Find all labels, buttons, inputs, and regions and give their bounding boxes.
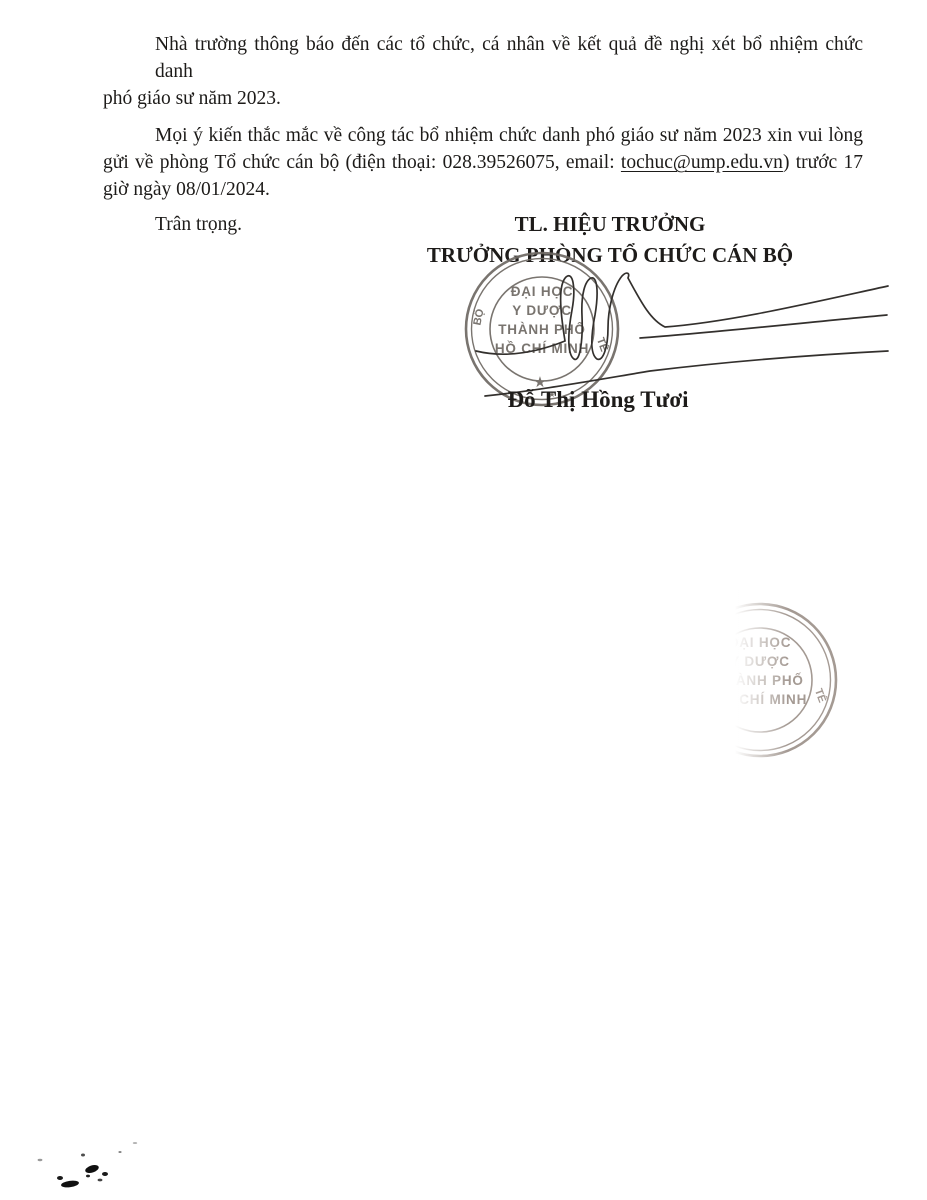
signer-name: Đỗ Thị Hồng Tươi xyxy=(470,387,726,413)
body-text-line: phó giáo sư năm 2023. xyxy=(103,85,863,112)
email-link: tochuc@ump.edu.vn xyxy=(621,152,783,173)
body-text-line: Mọi ý kiến thắc mắc về công tác bổ nhiệm… xyxy=(103,122,863,149)
document-body: Nhà trường thông báo đến các tổ chức, cá… xyxy=(103,31,863,238)
partial-seal: ĐẠI HỌC Y DƯỢC THÀNH PHỐ HỒ CHÍ MINH BỘ … xyxy=(670,590,850,770)
seal-fade-overlay xyxy=(670,590,788,770)
body-text-line: Nhà trường thông báo đến các tổ chức, cá… xyxy=(103,31,863,85)
body-text-segment: ) trước 17 xyxy=(783,152,863,173)
body-text-segment: gửi về phòng Tổ chức cán bộ (điện thoại:… xyxy=(103,152,621,173)
body-text-line: gửi về phòng Tổ chức cán bộ (điện thoại:… xyxy=(103,149,863,176)
paragraph: Nhà trường thông báo đến các tổ chức, cá… xyxy=(103,31,863,112)
body-text-line: giờ ngày 08/01/2024. xyxy=(103,176,863,203)
paragraph: Mọi ý kiến thắc mắc về công tác bổ nhiệm… xyxy=(103,122,863,203)
scanned-document-page: Nhà trường thông báo đến các tổ chức, cá… xyxy=(0,0,927,1200)
ink-smudge xyxy=(28,1122,158,1194)
